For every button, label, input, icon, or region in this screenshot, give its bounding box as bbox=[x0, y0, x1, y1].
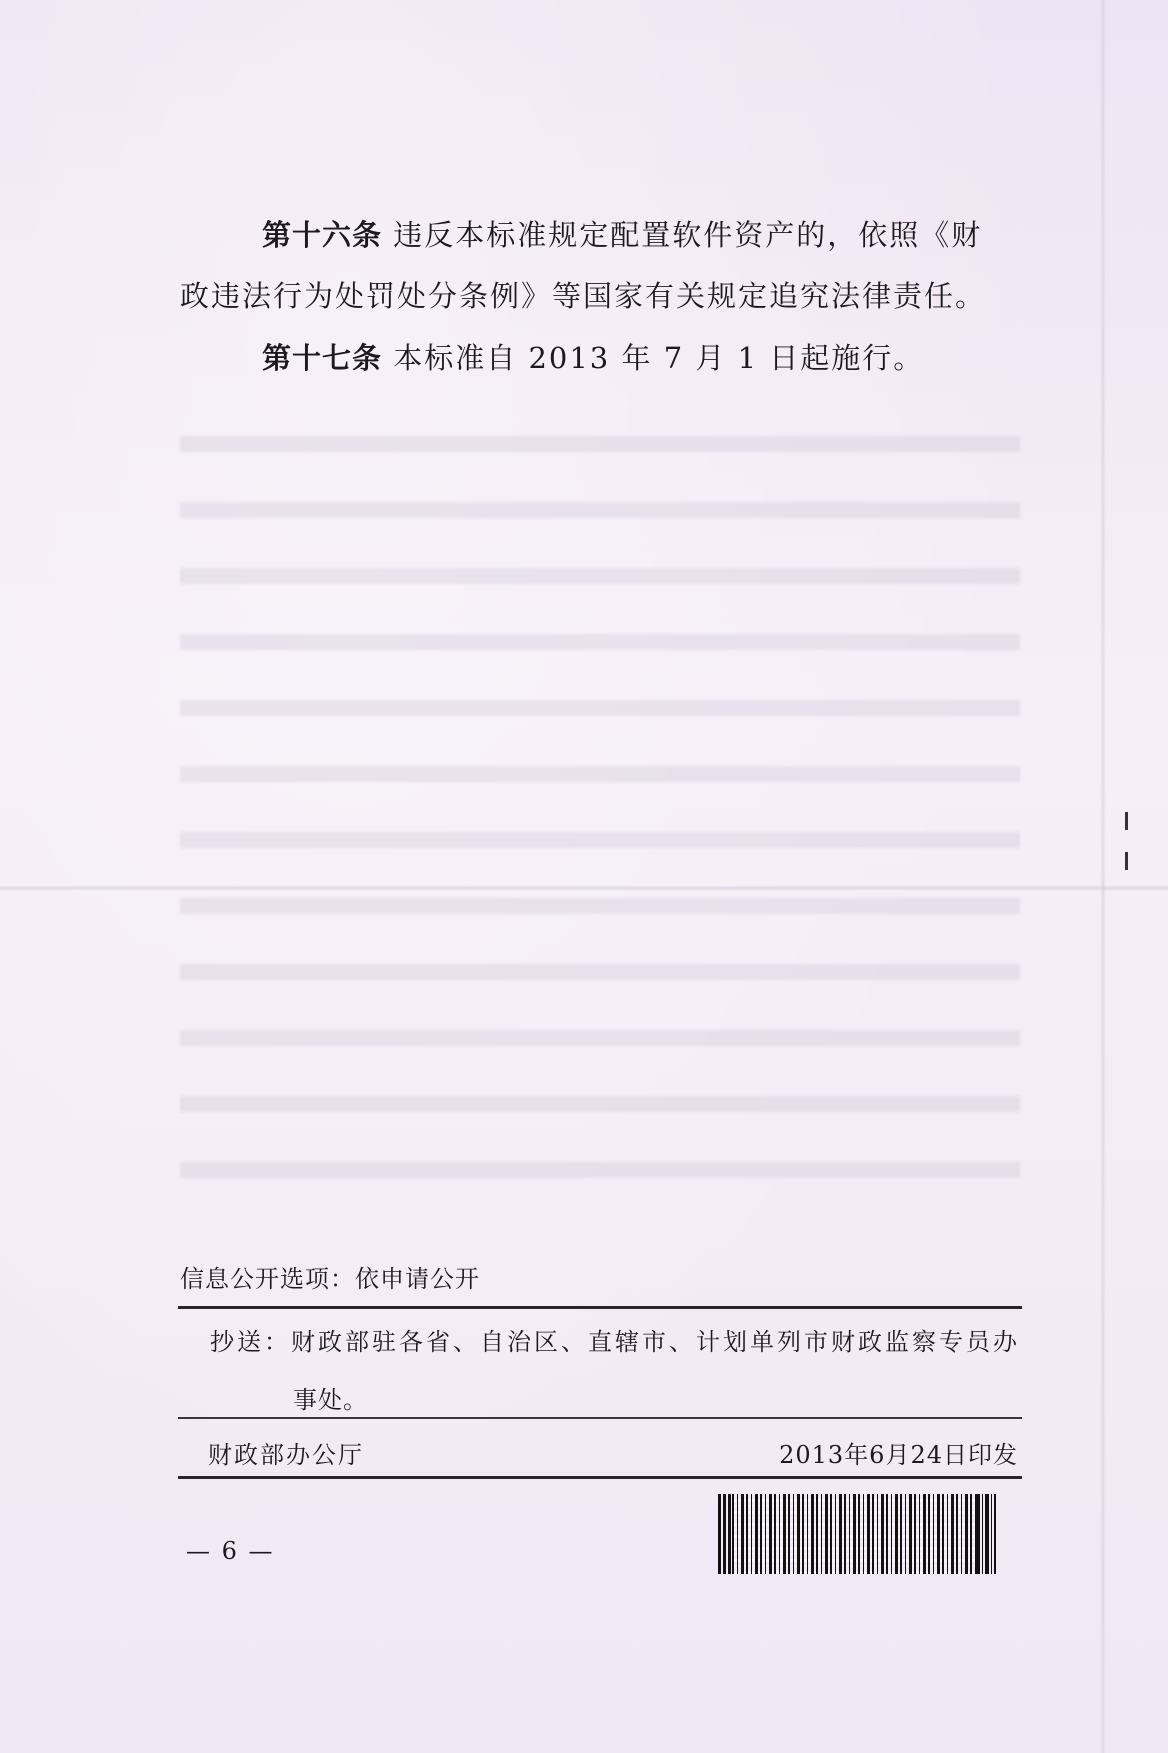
disclosure-option: 信息公开选项：依申请公开 bbox=[180, 1259, 480, 1294]
article-16-line-2: 政违法行为处罚处分条例》等国家有关规定追究法律责任。 bbox=[180, 274, 986, 315]
paper-fold-vertical bbox=[1100, 0, 1106, 1753]
barcode-icon bbox=[718, 1494, 996, 1574]
issuing-office: 财政部办公厅 bbox=[208, 1435, 364, 1470]
article-16-heading: 第十六条 bbox=[262, 218, 382, 252]
article-17-text: 本标准自 2013 年 7 月 1 日起施行。 bbox=[393, 341, 924, 375]
staple-mark bbox=[1125, 852, 1128, 870]
cc-recipients-line-1: 抄送：财政部驻各省、自治区、直辖市、计划单列市财政监察专员办 bbox=[210, 1322, 1020, 1357]
article-17: 第十七条 本标准自 2013 年 7 月 1 日起施行。 bbox=[262, 336, 924, 377]
bleed-through-text bbox=[180, 400, 1020, 1220]
divider bbox=[178, 1306, 1022, 1309]
cc-recipients-line-2: 事处。 bbox=[293, 1380, 368, 1415]
barcode-stop-pattern bbox=[976, 1494, 996, 1574]
page-number: — 6 — bbox=[186, 1537, 275, 1565]
paper-fold-horizontal bbox=[0, 885, 1168, 891]
divider bbox=[178, 1476, 1022, 1479]
article-17-heading: 第十七条 bbox=[262, 341, 382, 375]
article-16-text: 违反本标准规定配置软件资产的，依照《财 bbox=[393, 218, 982, 252]
issue-date: 2013年6月24日印发 bbox=[779, 1435, 1018, 1470]
staple-mark bbox=[1125, 812, 1128, 830]
barcode-start-pattern bbox=[718, 1494, 732, 1574]
divider bbox=[178, 1417, 1022, 1419]
article-16-line-1: 第十六条 违反本标准规定配置软件资产的，依照《财 bbox=[262, 213, 982, 254]
